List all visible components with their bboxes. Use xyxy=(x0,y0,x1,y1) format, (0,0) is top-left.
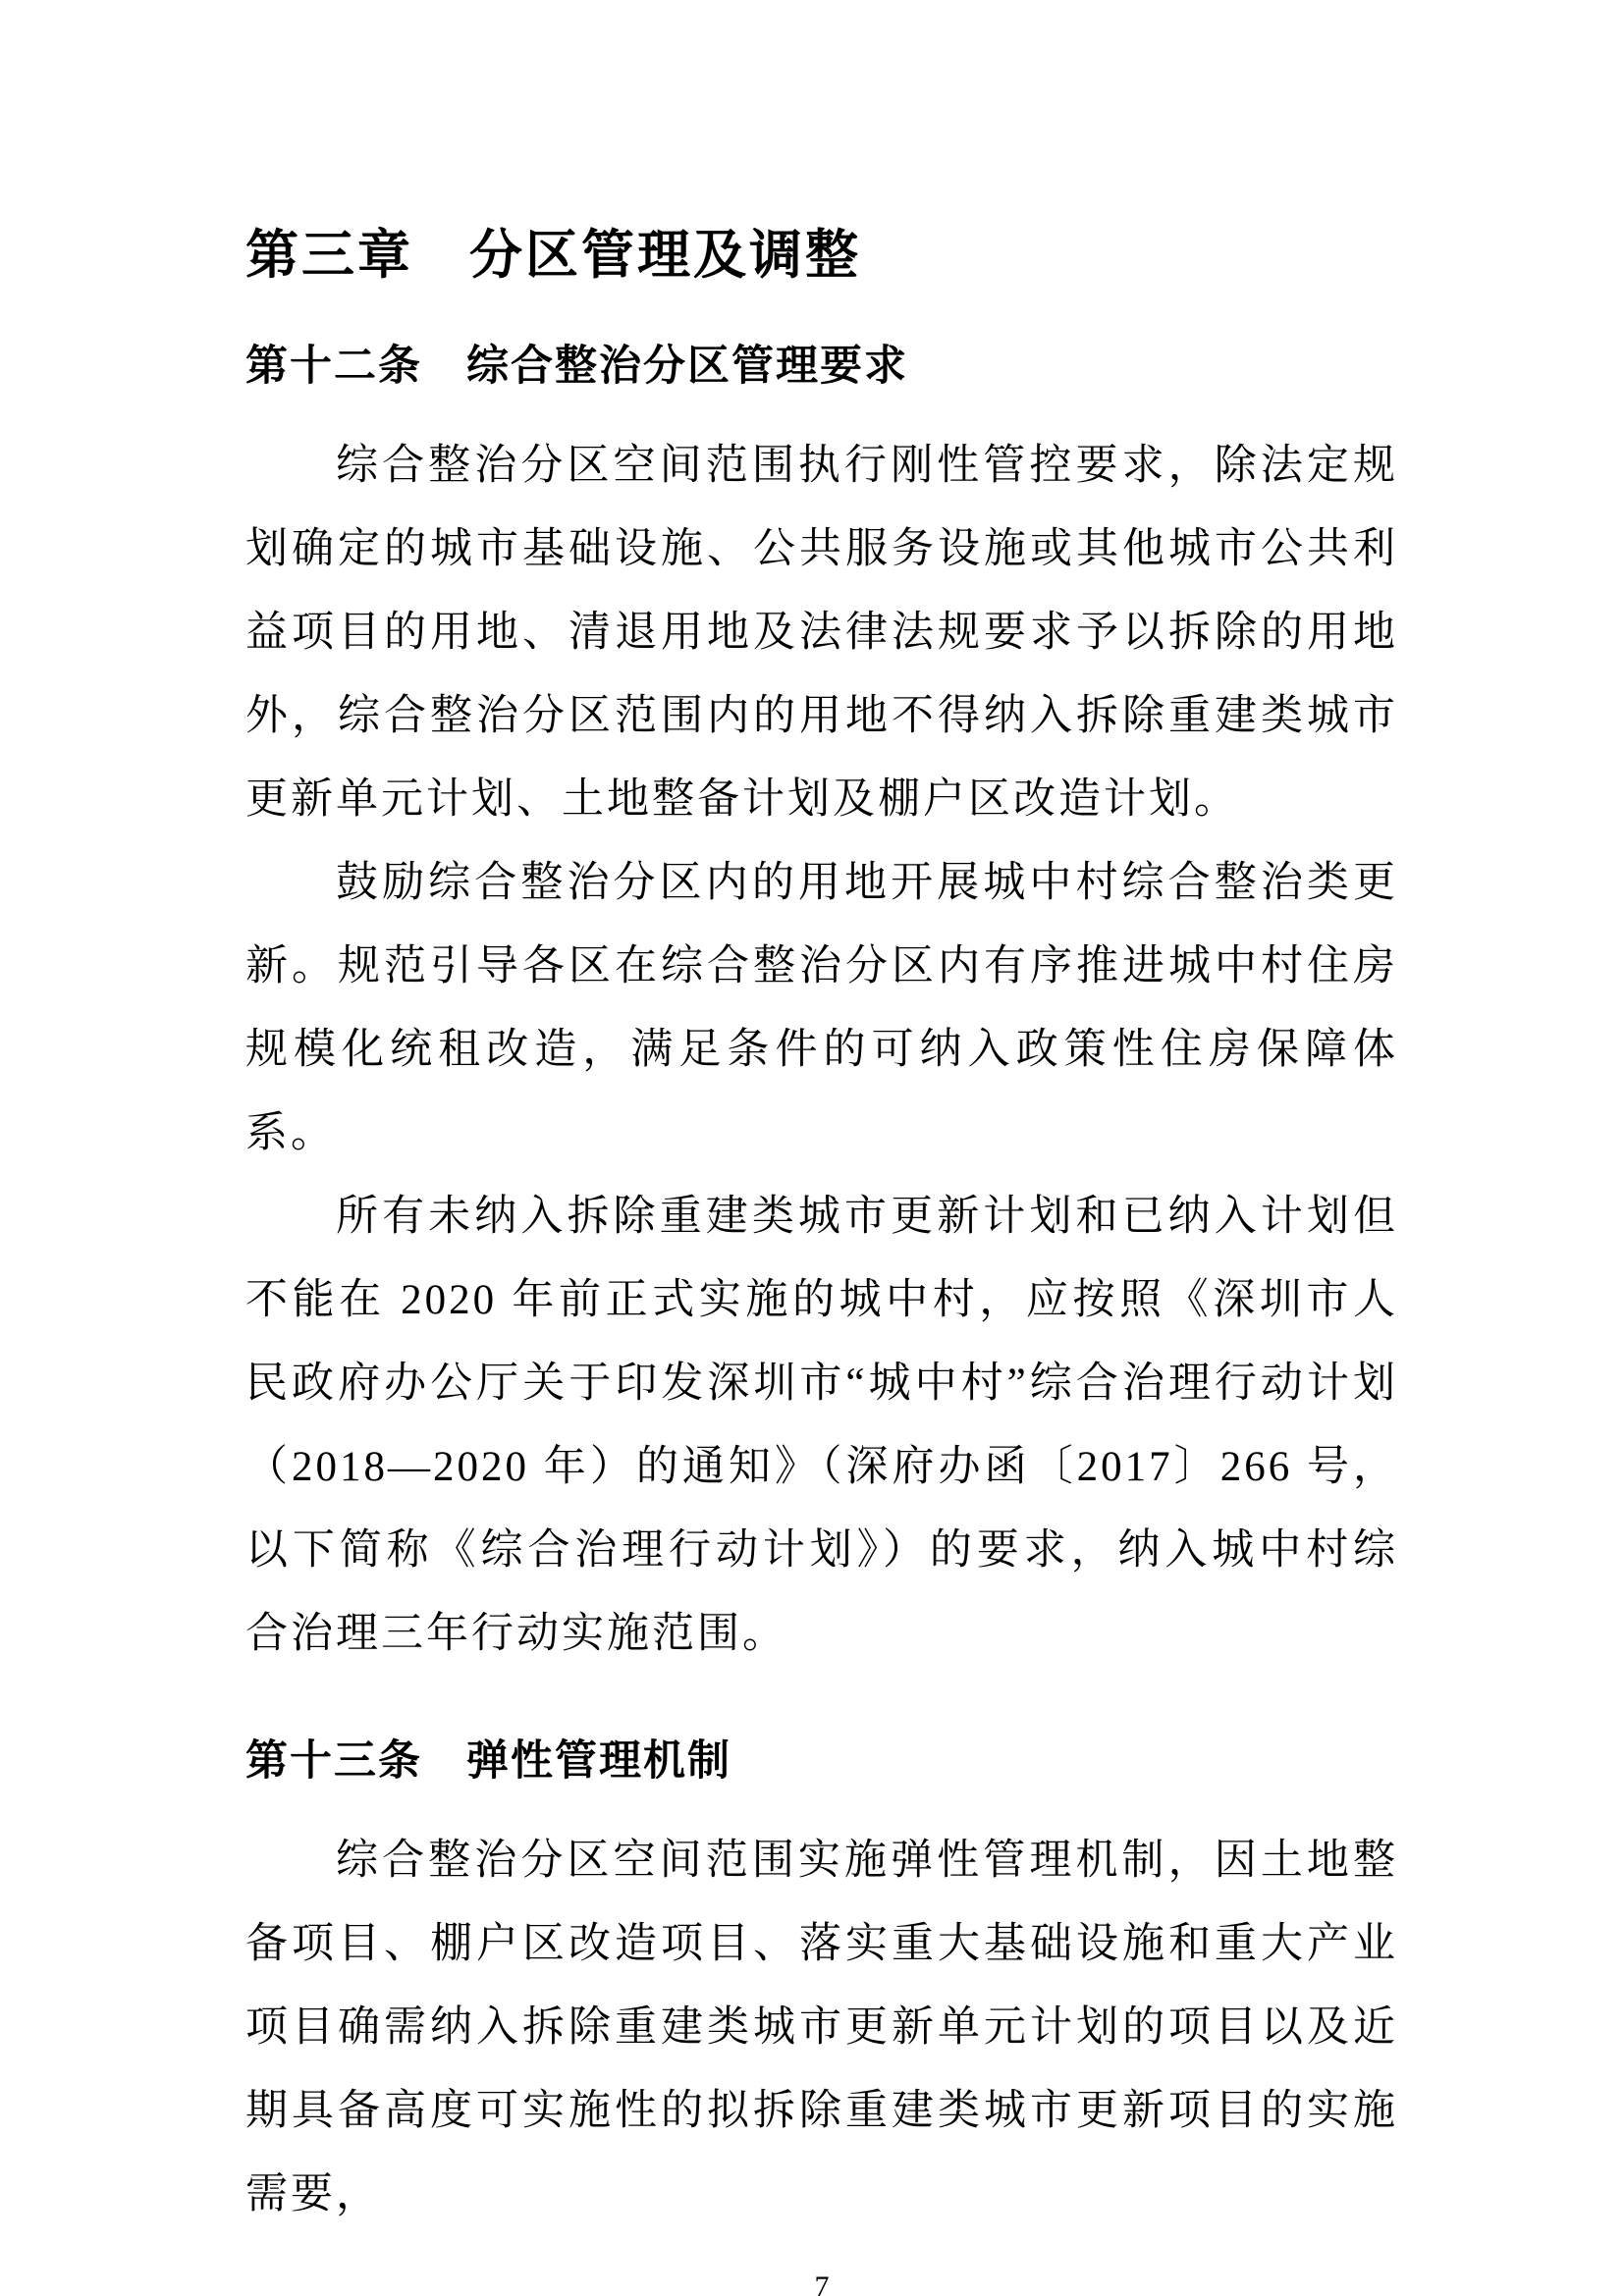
paragraph-4: 综合整治分区空间范围实施弹性管理机制，因土地整备项目、棚户区改造项目、落实重大基… xyxy=(245,1819,1398,2236)
paragraph-1: 综合整治分区空间范围执行刚性管控要求，除法定规划确定的城市基础设施、公共服务设施… xyxy=(245,424,1398,841)
article-heading-13: 第十三条 弹性管理机制 xyxy=(245,1736,1398,1786)
page-number: 7 xyxy=(245,2272,1398,2296)
chapter-heading: 第三章 分区管理及调整 xyxy=(245,226,1398,285)
article-heading-12: 第十二条 综合整治分区管理要求 xyxy=(245,342,1398,391)
document-page: 第三章 分区管理及调整 第十二条 综合整治分区管理要求 综合整治分区空间范围执行… xyxy=(0,0,1624,2296)
paragraph-3: 所有未纳入拆除重建类城市更新计划和已纳入计划但不能在 2020 年前正式实施的城… xyxy=(245,1175,1398,1676)
paragraph-2: 鼓励综合整治分区内的用地开展城中村综合整治类更新。规范引导各区在综合整治分区内有… xyxy=(245,841,1398,1175)
